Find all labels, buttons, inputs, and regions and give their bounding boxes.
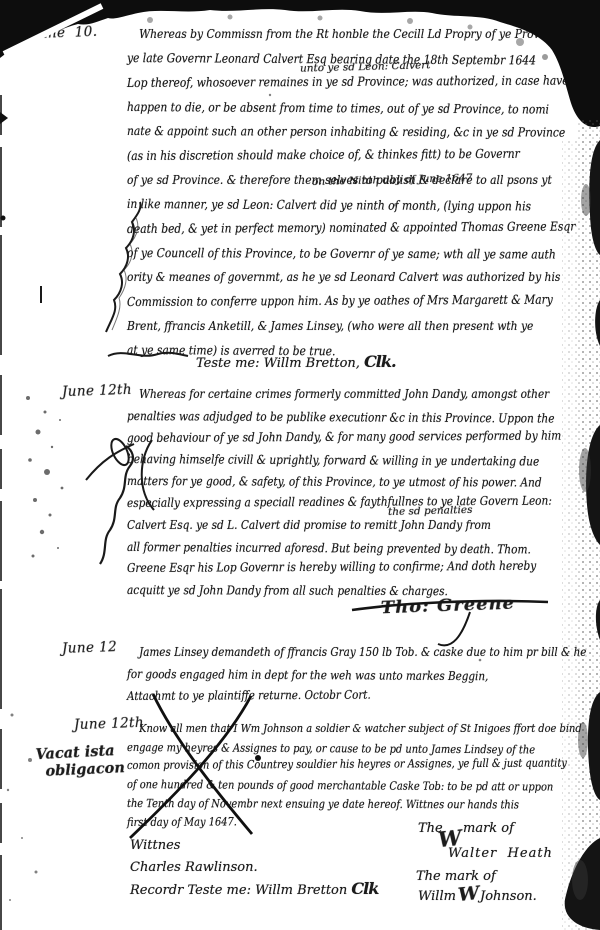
manuscript-page: { "colors": { "paper": "#ffffff", "ink":…: [0, 0, 600, 930]
mark2-w-mark: W: [457, 882, 481, 906]
entry-linsey-demand: James Linsey demandeth of ffrancis Gray …: [127, 641, 594, 707]
manuscript-line: Whereas by Commissn from the Rt honble t…: [127, 22, 594, 46]
witness-name: Charles Rawlinson.: [130, 857, 378, 879]
manuscript-line: comon provision of this Countrey souldie…: [127, 754, 598, 775]
manuscript-line: happen to die, or be absent from time to…: [127, 95, 594, 122]
vacat-note: Vacat istaobligacon: [35, 742, 125, 781]
manuscript-line: obligacon: [45, 759, 125, 780]
mark2-name-left: Willm: [418, 889, 456, 904]
manuscript-line: (as in his discretion should make choice…: [127, 141, 594, 168]
manuscript-line: Whereas for certaine crimes formerly com…: [127, 384, 594, 406]
manuscript-line: first day of May 1647.: [127, 810, 598, 831]
manuscript-line: Calvert Esq. ye sd L. Calvert did promis…: [127, 515, 594, 537]
manuscript-line: Commission to conferre uppon him. As by …: [127, 287, 594, 314]
mark1-caption-right: mark of: [463, 821, 514, 836]
record-text: Recordr Teste me: Willm Bretton: [130, 883, 351, 898]
signature-tho-greene: Tho: Greene: [380, 594, 515, 619]
interlineation: the sd penalties: [388, 504, 473, 518]
manuscript-line: ority & meanes of governmt, as he ye sd …: [127, 265, 594, 289]
mark2-name-right: Johnson.: [480, 889, 537, 904]
margin-date-june-10: June 10.: [33, 24, 98, 42]
manuscript-line: Know all men that I Wm Johnson a soldier…: [127, 719, 598, 738]
manuscript-line: James Linsey demandeth of ffrancis Gray …: [127, 641, 594, 663]
clerk-flourish: Clk.: [364, 352, 395, 371]
manuscript-line: Brent, ffrancis Anketill, & James Linsey…: [127, 314, 594, 338]
entry-johnson-obligation: Know all men that I Wm Johnson a soldier…: [127, 719, 598, 831]
manuscript-line: acquitt ye sd John Dandy from all such p…: [127, 580, 594, 603]
manuscript-line: especially expressing a speciall readine…: [127, 490, 594, 514]
record-line: Recordr Teste me: Willm Bretton Clk: [130, 878, 378, 902]
mark2-caption: The mark of: [416, 869, 496, 884]
witness-heading: Wittnes: [130, 835, 378, 857]
attestation-line: Teste me: Willm Bretton, Clk.: [196, 352, 396, 371]
margin-date-june-12b: June 12: [62, 639, 118, 657]
manuscript-line: Greene Esqr his Lop Governr is hereby wi…: [127, 556, 594, 580]
manuscript-line: Attachmt to ye plaintiffe returne. Octob…: [127, 682, 594, 707]
attestation-text: Teste me: Willm Bretton,: [196, 356, 364, 371]
manuscript-line: of ye Councell of this Province, to be G…: [127, 241, 594, 267]
clerk-flourish: Clk: [351, 879, 378, 898]
mark1-name: Walter Heath: [448, 846, 553, 861]
margin-date-june-12: June 12th: [62, 382, 133, 400]
witness-block: Wittnes Charles Rawlinson. Recordr Teste…: [130, 835, 378, 902]
text-layer: June 10. Whereas by Commissn from the Rt…: [0, 0, 600, 930]
manuscript-line: death bed, & yet in perfect memory) nomi…: [127, 214, 594, 241]
manuscript-line: good behaviour of ye sd John Dandy, & fo…: [127, 425, 594, 449]
entry-john-dandy: Whereas for certaine crimes formerly com…: [127, 384, 594, 602]
